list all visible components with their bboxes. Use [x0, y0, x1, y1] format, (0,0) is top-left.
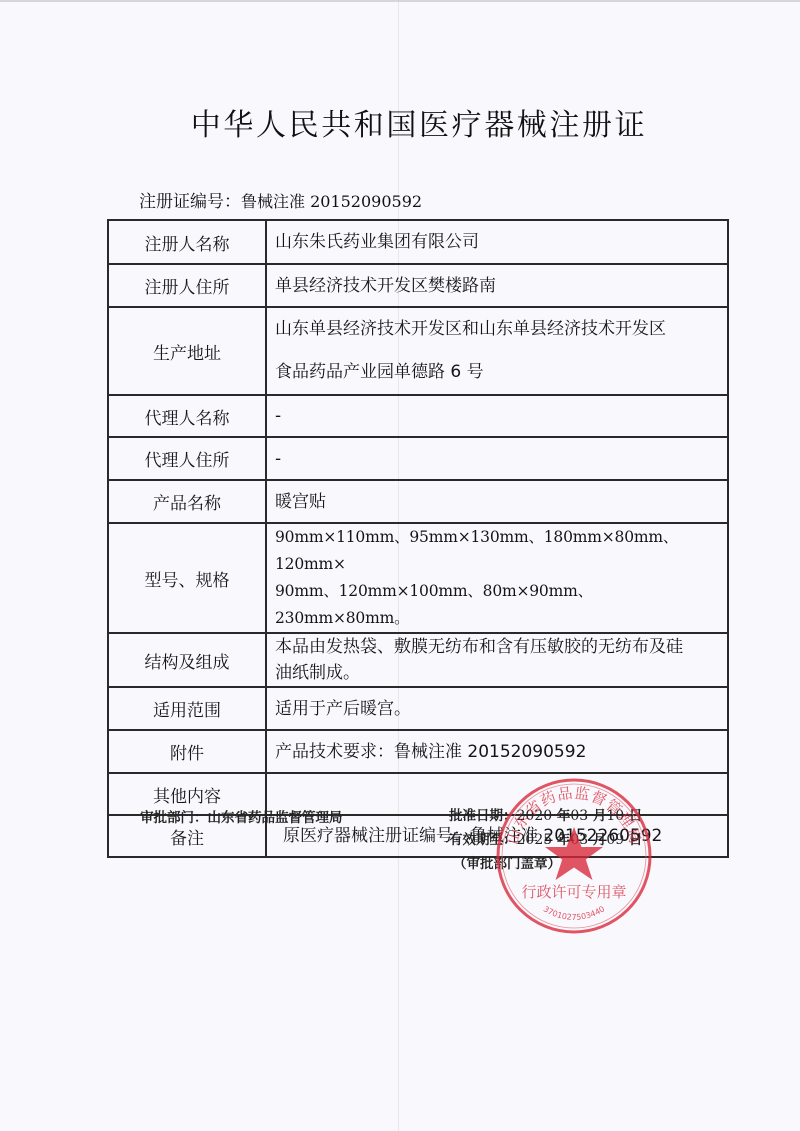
- stamp-serial: 3701027503440: [542, 904, 607, 921]
- table-row-attachment: 附件 产品技术要求：鲁械注准 20152090592: [108, 730, 728, 773]
- row-label: 附件: [108, 730, 266, 773]
- row-label: 代理人名称: [108, 395, 266, 437]
- value-line: 油纸制成。: [275, 660, 727, 686]
- row-value: 产品技术要求：鲁械注准 20152090592: [266, 730, 728, 773]
- value-line: 食品药品产业园单德路 6 号: [275, 351, 727, 394]
- day-unit: 日: [629, 832, 643, 848]
- month-unit: 月: [593, 808, 607, 824]
- year-unit: 年: [557, 808, 571, 824]
- certificate-number: 注册证编号：鲁械注准 20152090592: [139, 187, 422, 212]
- row-label: 注册人名称: [108, 220, 266, 264]
- value-line: 本品由发热袋、敷膜无纺布和含有压敏胶的无纺布及硅: [275, 634, 727, 660]
- svg-text:3701027503440: 3701027503440: [542, 904, 607, 921]
- table-row-structure: 结构及组成 本品由发热袋、敷膜无纺布和含有压敏胶的无纺布及硅 油纸制成。: [108, 633, 728, 687]
- date-block: 批准日期：2020 年03 月10 日 有效期至：2025 年03 月09 日 …: [449, 804, 642, 876]
- valid-day: 09: [606, 832, 624, 848]
- table-row-scope: 适用范围 适用于产后暖宫。: [108, 687, 728, 730]
- row-value: 山东朱氏药业集团有限公司: [266, 220, 728, 264]
- value-line: 山东单县经济技术开发区和山东单县经济技术开发区: [275, 308, 727, 351]
- stamp-center-text: 行政许可专用章: [521, 883, 626, 901]
- row-label: 结构及组成: [108, 633, 266, 687]
- table-row-production-address: 生产地址 山东单县经济技术开发区和山东单县经济技术开发区 食品药品产业园单德路 …: [108, 307, 728, 395]
- valid-until-date: 有效期至：2025 年03 月09 日: [449, 828, 642, 852]
- row-label: 适用范围: [108, 687, 266, 730]
- day-unit: 日: [629, 808, 643, 824]
- table-row-registrant-address: 注册人住所 单县经济技术开发区樊楼路南: [108, 264, 728, 307]
- approval-date-label: 批准日期：: [449, 808, 517, 824]
- value-line: 90mm、120mm×100mm、80m×90mm、230mm×80mm。: [275, 578, 727, 632]
- approval-department: 审批部门：山东省药品监督管理局: [140, 806, 343, 826]
- row-label: 代理人住所: [108, 437, 266, 480]
- row-label: 注册人住所: [108, 264, 266, 307]
- approval-month: 03: [570, 808, 588, 824]
- row-value: 适用于产后暖宫。: [266, 687, 728, 730]
- registration-table: 注册人名称 山东朱氏药业集团有限公司 注册人住所 单县经济技术开发区樊楼路南 生…: [107, 219, 729, 858]
- row-label: 生产地址: [108, 307, 266, 395]
- row-value: -: [266, 395, 728, 437]
- row-value: -: [266, 437, 728, 480]
- table-row-model-spec: 型号、规格 90mm×110mm、95mm×130mm、180mm×80mm、1…: [108, 523, 728, 633]
- row-value: 本品由发热袋、敷膜无纺布和含有压敏胶的无纺布及硅 油纸制成。: [266, 633, 728, 687]
- valid-until-label: 有效期至：: [449, 832, 517, 848]
- seal-note: （审批部门盖章）: [449, 852, 642, 876]
- table-row-registrant-name: 注册人名称 山东朱氏药业集团有限公司: [108, 220, 728, 264]
- row-label: 型号、规格: [108, 523, 266, 633]
- page-top-edge: [0, 0, 800, 2]
- row-value: 暖宫贴: [266, 480, 728, 523]
- certificate-number-value: 鲁械注准 20152090592: [241, 192, 422, 211]
- valid-year: 2025: [517, 832, 553, 848]
- row-value: 山东单县经济技术开发区和山东单县经济技术开发区 食品药品产业园单德路 6 号: [266, 307, 728, 395]
- approval-day: 10: [606, 808, 624, 824]
- table-row-agent-address: 代理人住所 -: [108, 437, 728, 480]
- document-title: 中华人民共和国医疗器械注册证: [0, 100, 800, 144]
- approval-date: 批准日期：2020 年03 月10 日: [449, 804, 642, 828]
- table-row-agent-name: 代理人名称 -: [108, 395, 728, 437]
- year-unit: 年: [557, 832, 571, 848]
- month-unit: 月: [593, 832, 607, 848]
- row-value: 90mm×110mm、95mm×130mm、180mm×80mm、120mm× …: [266, 523, 728, 633]
- valid-month: 03: [570, 832, 588, 848]
- value-line: 90mm×110mm、95mm×130mm、180mm×80mm、120mm×: [275, 524, 727, 578]
- certificate-number-label: 注册证编号：: [139, 192, 241, 212]
- row-value: 单县经济技术开发区樊楼路南: [266, 264, 728, 307]
- row-label: 产品名称: [108, 480, 266, 523]
- approval-year: 2020: [517, 808, 553, 824]
- table-row-product-name: 产品名称 暖宫贴: [108, 480, 728, 523]
